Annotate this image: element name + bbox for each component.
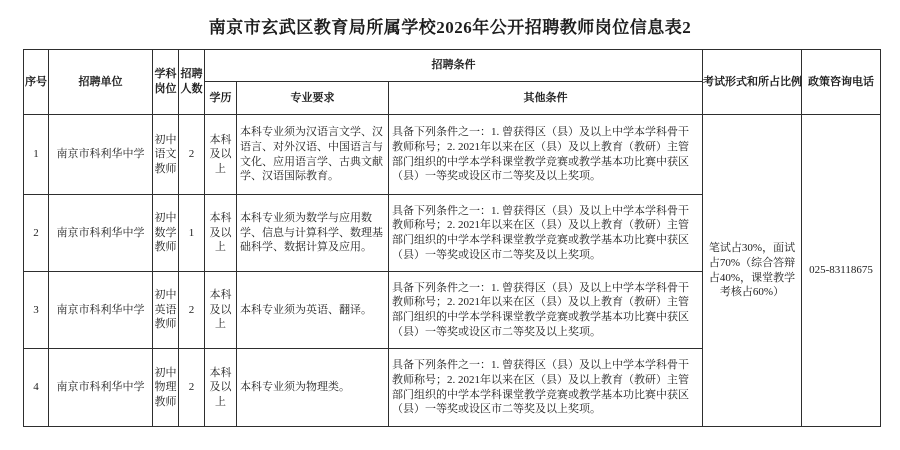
cell-subject: 初中数学教师 bbox=[153, 195, 179, 272]
header-policy-phone: 政策咨询电话 bbox=[802, 50, 881, 115]
header-degree: 学历 bbox=[205, 82, 237, 115]
cell-degree: 本科及以上 bbox=[205, 195, 237, 272]
cell-subject: 初中英语教师 bbox=[153, 272, 179, 349]
table-header: 序号 招聘单位 学科岗位 招聘人数 招聘条件 考试形式和所占比例 政策咨询电话 … bbox=[24, 50, 881, 115]
cell-unit: 南京市科利华中学 bbox=[49, 115, 153, 195]
cell-policy-phone: 025-83118675 bbox=[802, 115, 881, 427]
cell-count: 2 bbox=[179, 115, 205, 195]
cell-serial: 1 bbox=[24, 115, 49, 195]
cell-other: 具备下列条件之一：1. 曾获得区（县）及以上中学本学科骨干教师称号；2. 202… bbox=[389, 195, 703, 272]
cell-count: 1 bbox=[179, 195, 205, 272]
cell-other: 具备下列条件之一：1. 曾获得区（县）及以上中学本学科骨干教师称号；2. 202… bbox=[389, 115, 703, 195]
cell-subject: 初中物理教师 bbox=[153, 349, 179, 427]
cell-other: 具备下列条件之一：1. 曾获得区（县）及以上中学本学科骨干教师称号；2. 202… bbox=[389, 349, 703, 427]
header-serial: 序号 bbox=[24, 50, 49, 115]
header-subject-post: 学科岗位 bbox=[153, 50, 179, 115]
header-headcount: 招聘人数 bbox=[179, 50, 205, 115]
cell-unit: 南京市科利华中学 bbox=[49, 195, 153, 272]
cell-subject: 初中语文教师 bbox=[153, 115, 179, 195]
cell-exam-format: 笔试占30%，面试占70%（综合答辩占40%，课堂教学考核占60%） bbox=[703, 115, 802, 427]
cell-unit: 南京市科利华中学 bbox=[49, 349, 153, 427]
cell-serial: 2 bbox=[24, 195, 49, 272]
cell-degree: 本科及以上 bbox=[205, 349, 237, 427]
header-exam-format: 考试形式和所占比例 bbox=[703, 50, 802, 115]
cell-major: 本科专业须为数学与应用数学、信息与计算科学、数理基础科学、数据计算及应用。 bbox=[237, 195, 389, 272]
cell-major: 本科专业须为物理类。 bbox=[237, 349, 389, 427]
cell-serial: 4 bbox=[24, 349, 49, 427]
header-major-requirement: 专业要求 bbox=[237, 82, 389, 115]
job-table: 序号 招聘单位 学科岗位 招聘人数 招聘条件 考试形式和所占比例 政策咨询电话 … bbox=[23, 49, 881, 427]
cell-major: 本科专业须为英语、翻译。 bbox=[237, 272, 389, 349]
header-recruit-conditions: 招聘条件 bbox=[205, 50, 703, 82]
cell-major: 本科专业须为汉语言文学、汉语言、对外汉语、中国语言与文化、应用语言学、古典文献学… bbox=[237, 115, 389, 195]
cell-unit: 南京市科利华中学 bbox=[49, 272, 153, 349]
cell-serial: 3 bbox=[24, 272, 49, 349]
cell-degree: 本科及以上 bbox=[205, 115, 237, 195]
cell-degree: 本科及以上 bbox=[205, 272, 237, 349]
cell-count: 2 bbox=[179, 349, 205, 427]
header-row-1: 序号 招聘单位 学科岗位 招聘人数 招聘条件 考试形式和所占比例 政策咨询电话 bbox=[24, 50, 881, 82]
header-other-conditions: 其他条件 bbox=[389, 82, 703, 115]
cell-other: 具备下列条件之一：1. 曾获得区（县）及以上中学本学科骨干教师称号；2. 202… bbox=[389, 272, 703, 349]
cell-count: 2 bbox=[179, 272, 205, 349]
table-row: 1 南京市科利华中学 初中语文教师 2 本科及以上 本科专业须为汉语言文学、汉语… bbox=[24, 115, 881, 195]
table-body: 1 南京市科利华中学 初中语文教师 2 本科及以上 本科专业须为汉语言文学、汉语… bbox=[24, 115, 881, 427]
page-title: 南京市玄武区教育局所属学校2026年公开招聘教师岗位信息表2 bbox=[0, 13, 900, 38]
header-unit: 招聘单位 bbox=[49, 50, 153, 115]
